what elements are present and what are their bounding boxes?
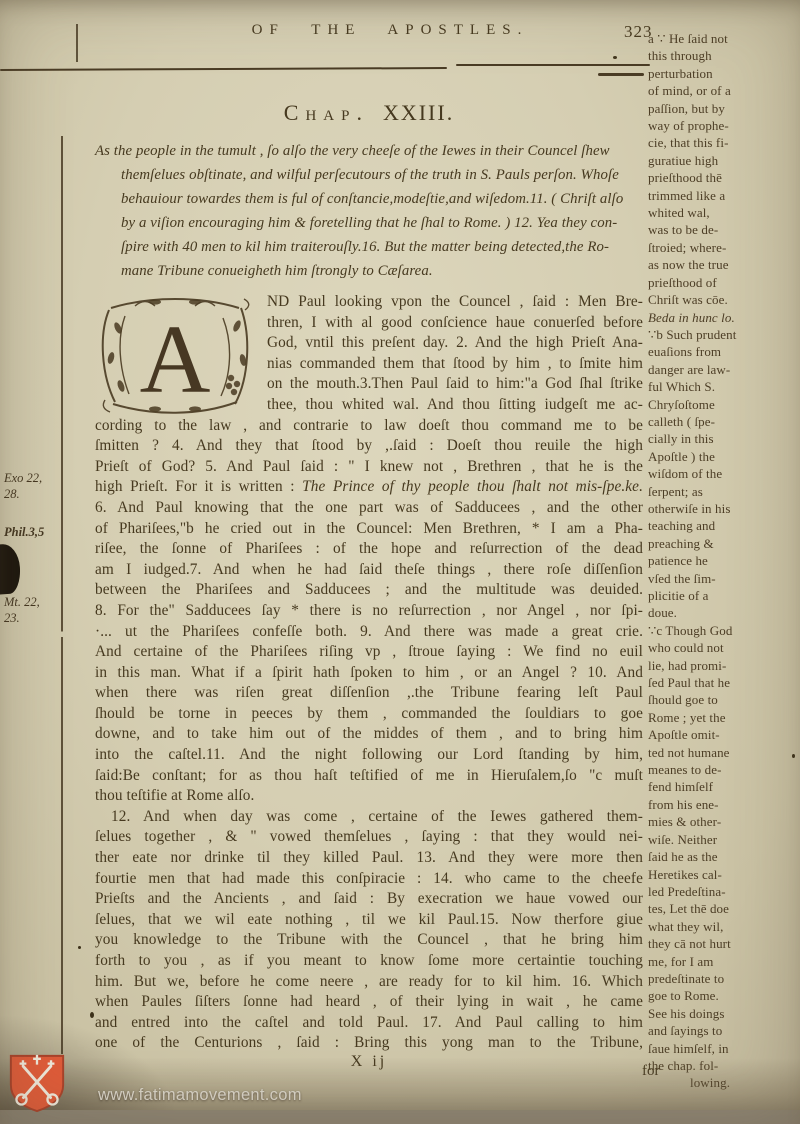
margin-note-line: plicitie of a	[648, 587, 798, 604]
text-line: ſaid:Be conſtant; for as thou haſt teſti…	[95, 766, 643, 787]
text-line: 12. And when day was come , certaine of …	[95, 807, 643, 828]
text-line: of Phariſees,"b he cried out in the Coun…	[95, 519, 643, 540]
ink-speck	[90, 1012, 94, 1018]
margin-rule	[598, 73, 644, 76]
margin-note-line: was to be de-	[648, 221, 798, 238]
margin-note-line: Rome ; yet the	[648, 709, 798, 726]
argument-line: behauiour towardes them is ful of conſta…	[121, 187, 670, 211]
margin-ref-line: Exo 22,	[4, 470, 58, 486]
margin-note-line: cially in this	[648, 430, 798, 447]
text-line: high Prieſt. For it is written : The Pri…	[95, 477, 643, 498]
text-line: ſmitten ? 4. And they that ſtood by ,.ſa…	[95, 436, 643, 457]
margin-note-line: guratiue high	[648, 152, 798, 169]
margin-note-line: whited wal,	[648, 204, 798, 221]
text-line: fourtie men that had made this conſpirac…	[95, 869, 643, 890]
text-line: ·... ut the Phariſees confeſſe both. 9. …	[95, 622, 643, 643]
margin-note-line: lie, had promi-	[648, 657, 798, 674]
watermark-link[interactable]: www.fatimamovement.com	[98, 1086, 302, 1105]
text-line: ſelues together , & " vowed themſelues ,…	[95, 827, 643, 848]
margin-note-line: Heretikes cal-	[648, 866, 798, 883]
margin-note-line: led Predeſtina-	[648, 883, 798, 900]
margin-note-line: lowing.	[690, 1074, 798, 1091]
column-rule	[61, 136, 63, 1054]
ink-blot	[0, 543, 22, 595]
margin-note-line: me, for I am	[648, 953, 798, 970]
margin-note-line: what they wil,	[648, 918, 798, 935]
scanned-bible-page: OF THE APOSTLES. 323 Chap.XXIII. As the …	[0, 0, 800, 1124]
margin-note-line: way of prophe-	[648, 117, 798, 134]
margin-note-line: prieſthood thē	[648, 169, 798, 186]
text-line: into the caſtel.11. And the night follow…	[95, 745, 643, 766]
header-rule-left	[0, 67, 447, 71]
argument-line: mane Tribune conueigheth him ſtrongly to…	[121, 259, 670, 283]
margin-note-line: this through	[648, 47, 798, 64]
margin-note-line: cie, that this fi-	[648, 134, 798, 151]
margin-note-line: Beda in hunc lo.	[648, 309, 798, 326]
text-line: 8. For the" Sadducees ſay * there is no …	[95, 601, 643, 622]
margin-ref-line: 28.	[4, 486, 58, 502]
text-line: and entred into the caſtel and told Paul…	[95, 1013, 643, 1034]
margin-note-line: trimmed like a	[648, 187, 798, 204]
text-line: in this man. What if a ſpirit hath ſpoke…	[95, 663, 643, 684]
margin-note-line: ſed Paul that he	[648, 674, 798, 691]
text-line: And certaine of the Phariſees riſing vp …	[95, 642, 643, 663]
margin-note-line: goe to Rome.	[648, 987, 798, 1004]
margin-ref-line: Mt. 22,	[4, 594, 58, 610]
margin-note-line: perturbation	[648, 65, 798, 82]
margin-note-line: Apoſtle omit-	[648, 726, 798, 743]
margin-note-line: meanes to de-	[648, 761, 798, 778]
margin-note-line: ſhould goe to	[648, 691, 798, 708]
text-line: Prieſts and the Ancients , and ſaid : By…	[95, 889, 643, 910]
margin-note-line: a ∵ He ſaid not	[648, 30, 798, 47]
text-line: thou teſtifie at Rome alſo.	[95, 786, 643, 807]
text-line: riſee, the ſonne of Phariſees : of the h…	[95, 539, 643, 560]
margin-note-line: Chriſt was cōe.	[648, 291, 798, 308]
text-line: ND Paul looking vpon the Councel , ſaid …	[267, 292, 643, 313]
text-line: 6. And Paul knowing that the one part wa…	[95, 498, 643, 519]
text-line: God, vntil this preſent day. 2. And the …	[267, 333, 643, 354]
text-line: on the mouth.3.Then Paul ſaid to him:"a …	[267, 374, 643, 395]
margin-note-line: tes, Let thē doe	[648, 900, 798, 917]
margin-note-line: See his doings	[648, 1005, 798, 1022]
chapter-label: Chap.	[284, 100, 369, 125]
chapter-argument: As the people in the tumult , ſo alſo th…	[95, 139, 670, 283]
margin-note-line: Chryſoſtome	[648, 396, 798, 413]
chapter-number: XXIII.	[383, 100, 454, 125]
scan-edge-strip	[0, 1110, 800, 1124]
text-line: ther eate nor drinke til they killed Pau…	[95, 848, 643, 869]
text-line: thee, thou whited wal. And thou ſitting …	[267, 395, 643, 416]
margin-note-line: paſſion, but by	[648, 100, 798, 117]
margin-note-line: the chap. fol-	[648, 1057, 798, 1074]
text-line: cording to the law , and contrarie to la…	[95, 416, 643, 437]
margin-note-line: euaſions from	[648, 343, 798, 360]
left-margin-note-philippians: Phil.3,5	[4, 524, 58, 540]
left-margin-note-matthew: Mt. 22,23.	[4, 594, 58, 626]
margin-note-line: ſtroied; where-	[648, 239, 798, 256]
argument-line: by a viſion encouraging him & foretellin…	[121, 211, 670, 235]
argument-line: ſpire with 40 men to kil him traiterouſl…	[121, 235, 670, 259]
text-line: when there was riſen great diſſenſion ,.…	[95, 683, 643, 704]
text-line: you knowledge to the Tribune with the Co…	[95, 930, 643, 951]
margin-note-line: ted not humane	[648, 744, 798, 761]
text-line: one of the Centurions , ſaid : Bring thi…	[95, 1033, 643, 1054]
margin-ref-line: Phil.3,5	[4, 524, 58, 540]
text-line: him. But we, before he come neere , are …	[95, 972, 643, 993]
margin-note-line: otherwiſe in his	[648, 500, 798, 517]
margin-note-line: wiſe. Neither	[648, 831, 798, 848]
margin-note-line: they cā not hurt	[648, 935, 798, 952]
margin-note-line: who could not	[648, 639, 798, 656]
margin-note-line: danger are law-	[648, 361, 798, 378]
running-title: OF THE APOSTLES.	[130, 22, 650, 39]
margin-note-line: wiſdom of the	[648, 465, 798, 482]
margin-note-line: of mind, or of a	[648, 82, 798, 99]
crossed-keys-shield-icon	[6, 1050, 68, 1116]
text-line: thren, I with al good conſcience haue co…	[267, 313, 643, 334]
margin-note-line: from his ene-	[648, 796, 798, 813]
text-line: downe, and to take him out of the middes…	[95, 724, 643, 745]
right-margin-notes: a ∵ He ſaid notthis throughperturbationo…	[648, 30, 798, 1092]
argument-line: As the people in the tumult , ſo alſo th…	[95, 139, 670, 163]
margin-note-line: mies & other-	[648, 813, 798, 830]
margin-note-line: and ſayings to	[648, 1022, 798, 1039]
margin-note-line: preaching &	[648, 535, 798, 552]
text-line: ſhould be torne in peeces by them , comm…	[95, 704, 643, 725]
text-line: am I iudged.7. And when he had ſaid theſ…	[95, 560, 643, 581]
ink-speck	[792, 754, 795, 758]
ink-dot	[613, 56, 617, 59]
text-line: forth to you , as if you meant to know ſ…	[95, 951, 643, 972]
margin-note-line: ful Which S.	[648, 378, 798, 395]
header-rule-right	[456, 64, 650, 66]
argument-line: themſelues obſtinate, and wilful perſecu…	[121, 163, 670, 187]
margin-note-line: ſaid he as the	[648, 848, 798, 865]
quire-signature: X ij	[95, 1053, 643, 1071]
margin-note-line: ∵c Though God	[648, 622, 798, 639]
text-line: when Paules ſiſters ſonne had heard , of…	[95, 992, 643, 1013]
margin-note-line: prieſthood of	[648, 274, 798, 291]
ink-dash	[76, 24, 78, 62]
margin-note-line: as now the true	[648, 256, 798, 273]
text-line: nias commanded them that ſtood by him , …	[267, 354, 643, 375]
margin-note-line: patience he	[648, 552, 798, 569]
margin-ref-line: 23.	[4, 610, 58, 626]
margin-note-line: doue.	[648, 604, 798, 621]
margin-note-line: ∵b Such prudent	[648, 326, 798, 343]
text-line: Prieſt of God? 5. And Paul ſaid : " I kn…	[95, 457, 643, 478]
margin-note-line: Apoſtle ) the	[648, 448, 798, 465]
margin-note-line: predeſtinate to	[648, 970, 798, 987]
margin-note-line: fend himſelf	[648, 778, 798, 795]
left-margin-note-exodus: Exo 22,28.	[4, 470, 58, 502]
margin-note-line: ſaue himſelf, in	[648, 1040, 798, 1057]
margin-note-line: calleth ( ſpe-	[648, 413, 798, 430]
margin-note-line: ſerpent; as	[648, 483, 798, 500]
text-line: between the Phariſees and Sadducees ; an…	[95, 580, 643, 601]
margin-note-line: vſed the ſim-	[648, 570, 798, 587]
margin-note-line: teaching and	[648, 517, 798, 534]
text-line: ſelues, that we wil eate nothing , til w…	[95, 910, 643, 931]
ink-speck	[78, 946, 81, 949]
chapter-heading: Chap.XXIII.	[95, 100, 643, 126]
main-text-column: ND Paul looking vpon the Councel , ſaid …	[95, 292, 643, 1054]
